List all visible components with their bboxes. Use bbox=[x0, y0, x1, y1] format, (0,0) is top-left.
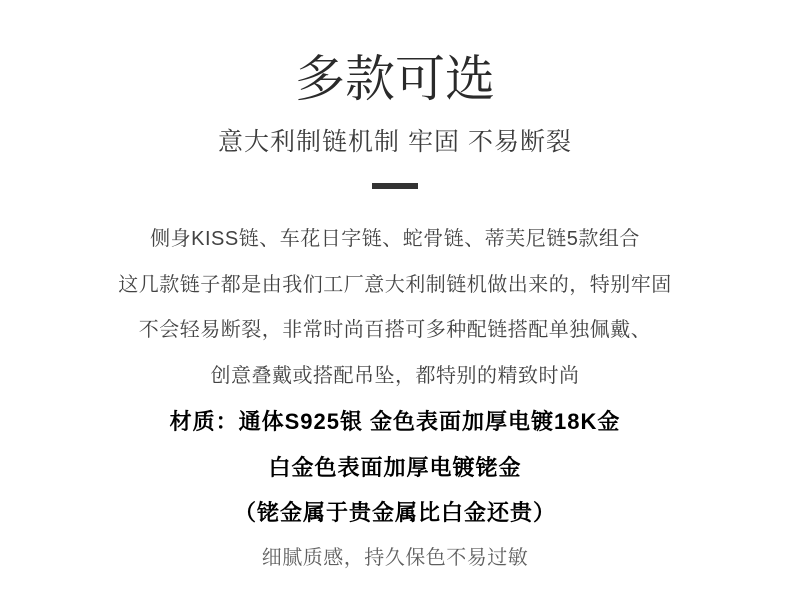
product-description-poster: 多款可选 意大利制链机制 牢固 不易断裂 侧身KISS链、车花日字链、蛇骨链、蒂… bbox=[0, 0, 790, 608]
page-subtitle: 意大利制链机制 牢固 不易断裂 bbox=[0, 127, 790, 157]
material-spec-line: 材质：通体S925银 金色表面加厚电镀18K金 bbox=[0, 399, 790, 445]
page-title: 多款可选 bbox=[0, 46, 790, 112]
section-divider bbox=[372, 183, 418, 189]
footnote: 细腻质感，持久保色不易过敏 bbox=[0, 536, 790, 582]
material-spec-line: 白金色表面加厚电镀铑金 bbox=[0, 445, 790, 491]
description-section: 侧身KISS链、车花日字链、蛇骨链、蒂芙尼链5款组合 这几款链子都是由我们工厂意… bbox=[0, 217, 790, 581]
description-line: 不会轻易断裂，非常时尚百搭可多种配链搭配单独佩戴、 bbox=[0, 308, 790, 354]
material-spec-line: （铑金属于贵金属比白金还贵） bbox=[0, 490, 790, 536]
description-line: 创意叠戴或搭配吊坠，都特别的精致时尚 bbox=[0, 354, 790, 400]
description-line: 这几款链子都是由我们工厂意大利制链机做出来的，特别牢固 bbox=[0, 263, 790, 309]
description-line: 侧身KISS链、车花日字链、蛇骨链、蒂芙尼链5款组合 bbox=[0, 217, 790, 263]
